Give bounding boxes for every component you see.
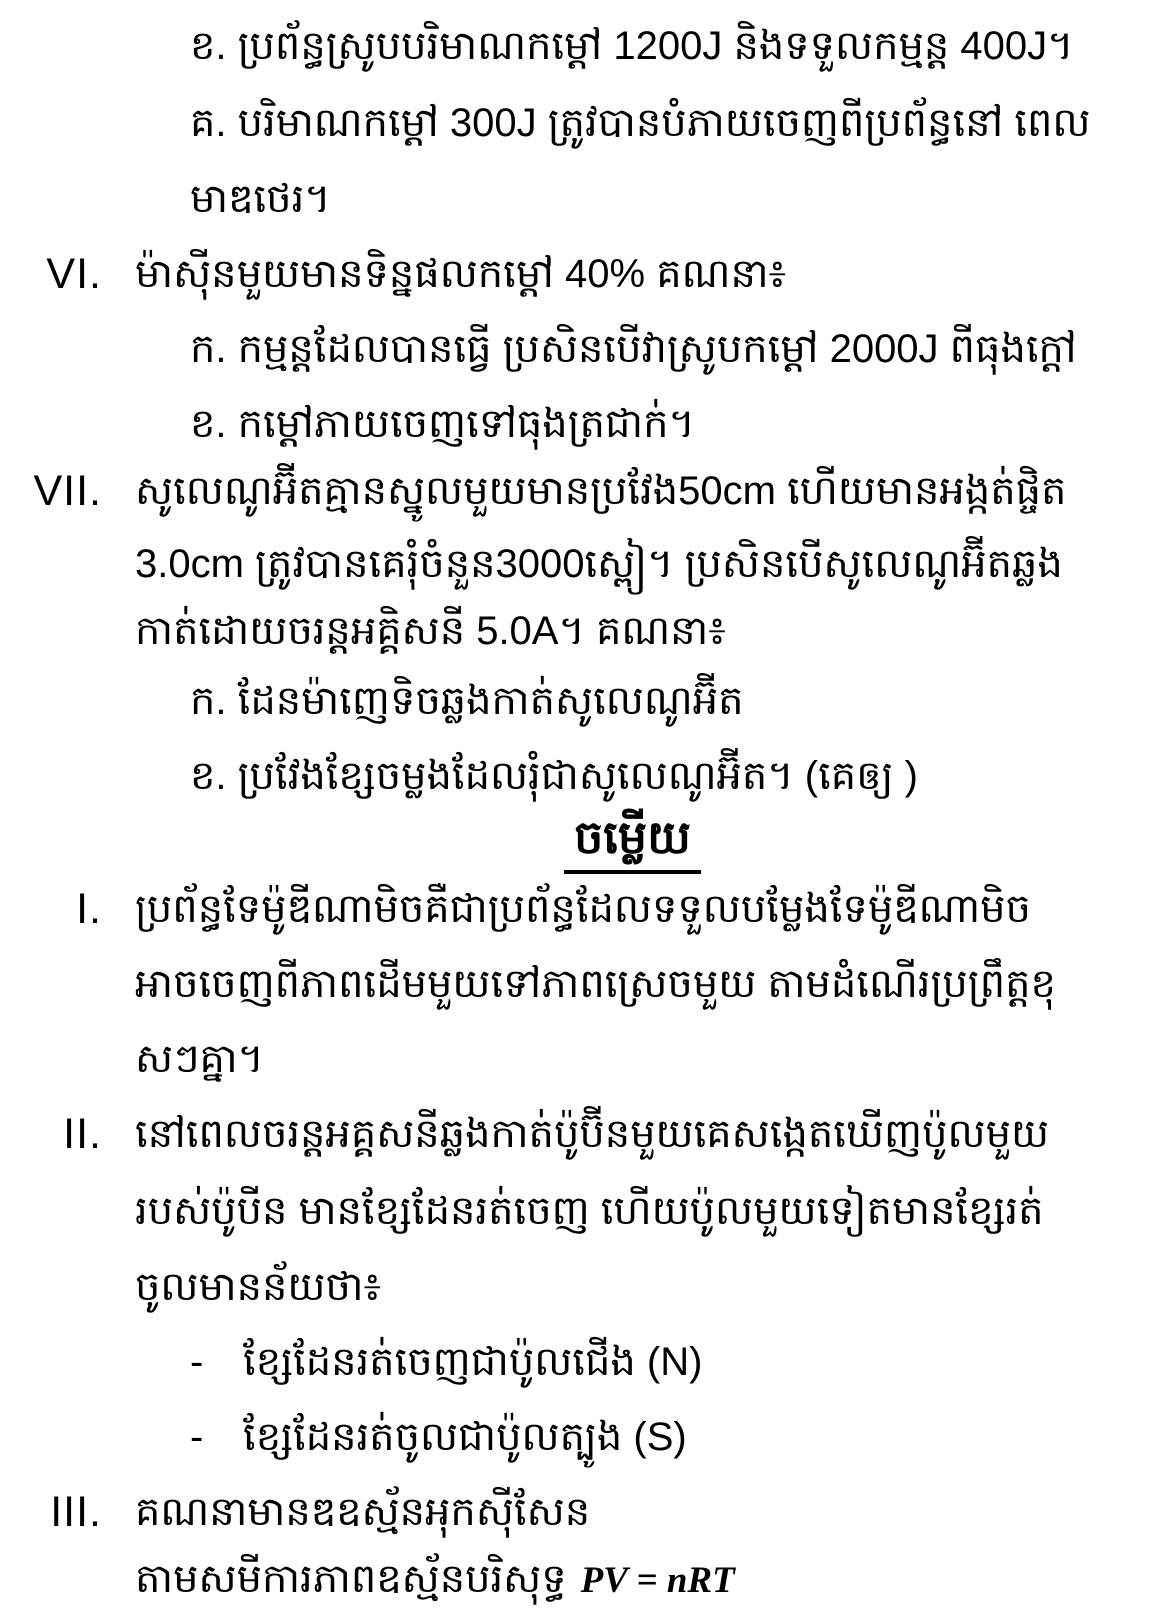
line-text: តាមសមីការភាពឧស្ម័នបរិសុទ្ធ bbox=[135, 1557, 567, 1601]
line-text: សូលេណូអ៊ីតគ្មានស្នូលមួយមានប្រវែង50cm ហើយ… bbox=[135, 469, 1066, 513]
answer-item-iii: III.គណនាមានឌឧស្ម័នអុកស៊ីសែន bbox=[0, 1481, 1156, 1543]
line-text: ខ្សែដែនរត់ចូលជាប៉ូលត្បូង (S) bbox=[243, 1415, 687, 1459]
line-text: ក. ដែនម៉ាញេទិចឆ្លងកាត់សូលេណូអ៊ីត bbox=[190, 679, 743, 723]
item-numeral: VII. bbox=[0, 460, 102, 522]
question-wrap-line: កាត់ដោយចរន្តអគ្គិសនី 5.0A។ គណនា៖ bbox=[135, 600, 1156, 662]
line-text: កាត់ដោយចរន្តអគ្គិសនី 5.0A។ គណនា៖ bbox=[135, 609, 726, 653]
item-numeral: I. bbox=[0, 878, 102, 940]
bullet-item-north-pole: -ខ្សែដែនរត់ចេញជាប៉ូលជើង (N) bbox=[190, 1331, 1156, 1393]
question-sub-item: គ. បរិមាណកម្ដៅ 300J ត្រូវបានបំភាយចេញពីប្… bbox=[190, 92, 1156, 154]
line-text: នៅពេលចរន្តអគ្គសនីឆ្លងកាត់ប៉ូប៊ីនមួយគេសង្… bbox=[135, 1112, 1049, 1156]
document-page: ខ. ប្រព័ន្ធស្រូបបរិមាណកម្ដៅ 1200J និងទទួ… bbox=[0, 0, 1166, 1613]
question-item-vi: VI.ម៉ាស៊ីនមួយមានទិន្នផលកម្ដៅ 40% គណនា៖ bbox=[0, 243, 1156, 305]
answers-heading: ចម្លើយ bbox=[135, 806, 1130, 874]
line-text: អាចចេញពីភាពដើមមួយទៅភាពស្រេចមួយ តាមដំណើរប… bbox=[135, 962, 1056, 1006]
question-sub-item: ខ. ប្រវែងខ្សែចម្លងដែលរុំជាសូលេណូអ៊ីត។ (គ… bbox=[190, 745, 1156, 807]
line-text: ខ្សែដែនរត់ចេញជាប៉ូលជើង (N) bbox=[243, 1340, 702, 1384]
line-text: គ. បរិមាណកម្ដៅ 300J ត្រូវបានបំភាយចេញពីប្… bbox=[190, 101, 1091, 145]
item-numeral: III. bbox=[0, 1481, 102, 1543]
item-numeral: VI. bbox=[0, 243, 102, 305]
question-sub-item: ខ. កម្ដៅភាយចេញទៅធុងត្រជាក់។ bbox=[190, 393, 1156, 455]
bullet-dash: - bbox=[190, 1331, 243, 1393]
question-wrap-line: 3.0cm ត្រូវបានគេរុំចំនួន3000ស្ពៀ។ ប្រសិន… bbox=[135, 533, 1156, 595]
question-sub-item: ខ. ប្រព័ន្ធស្រូបបរិមាណកម្ដៅ 1200J និងទទួ… bbox=[190, 15, 1156, 77]
question-sub-item: ក. ដែនម៉ាញេទិចឆ្លងកាត់សូលេណូអ៊ីត bbox=[190, 670, 1156, 732]
bullet-item-south-pole: -ខ្សែដែនរត់ចូលជាប៉ូលត្បូង (S) bbox=[190, 1406, 1156, 1468]
line-text: ម៉ាស៊ីនមួយមានទិន្នផលកម្ដៅ 40% គណនា៖ bbox=[135, 252, 786, 296]
line-text: ខ. កម្ដៅភាយចេញទៅធុងត្រជាក់។ bbox=[190, 402, 695, 446]
answer-item-ii: II.នៅពេលចរន្តអគ្គសនីឆ្លងកាត់ប៉ូប៊ីនមួយគេ… bbox=[0, 1103, 1156, 1165]
answer-wrap-line: សៗគ្នា។ bbox=[135, 1028, 1156, 1090]
answer-wrap-line: ចូលមានន័យថា៖ bbox=[135, 1256, 1156, 1318]
answer-wrap-line: របស់ប៉ូបីន មានខ្សែដែនរត់ចេញ ហើយប៉ូលមួយទៀ… bbox=[135, 1180, 1156, 1242]
question-sub-item: ក. កម្មន្តដែលបានធ្វើ ប្រសិនបើវាស្រូបកម្ដ… bbox=[190, 318, 1156, 380]
answer-wrap-line: តាមសមីការភាពឧស្ម័នបរិសុទ្ធPV = nRT bbox=[135, 1548, 1156, 1612]
answers-heading-text: ចម្លើយ bbox=[564, 806, 701, 874]
line-text: ប្រព័ន្ធទែម៉ូឌីណាមិចគឺជាប្រព័ន្ធដែលទទួលប… bbox=[135, 887, 1031, 931]
ideal-gas-equation: PV = nRT bbox=[581, 1560, 735, 1601]
line-text: គណនាមានឌឧស្ម័នអុកស៊ីសែន bbox=[135, 1490, 590, 1534]
bullet-dash: - bbox=[190, 1406, 243, 1468]
line-text: ខ. ប្រព័ន្ធស្រូបបរិមាណកម្ដៅ 1200J និងទទួ… bbox=[190, 24, 1074, 68]
line-text: ក. កម្មន្តដែលបានធ្វើ ប្រសិនបើវាស្រូបកម្ដ… bbox=[190, 327, 1077, 371]
line-text: ចូលមានន័យថា៖ bbox=[135, 1265, 381, 1309]
line-text: របស់ប៉ូបីន មានខ្សែដែនរត់ចេញ ហើយប៉ូលមួយទៀ… bbox=[135, 1189, 1044, 1233]
answer-wrap-line: អាចចេញពីភាពដើមមួយទៅភាពស្រេចមួយ តាមដំណើរប… bbox=[135, 953, 1156, 1015]
line-text: 3.0cm ត្រូវបានគេរុំចំនួន3000ស្ពៀ។ ប្រសិន… bbox=[135, 542, 1063, 586]
line-text: ខ. ប្រវែងខ្សែចម្លងដែលរុំជាសូលេណូអ៊ីត។ (គ… bbox=[190, 754, 918, 798]
question-item-vii: VII.សូលេណូអ៊ីតគ្មានស្នូលមួយមានប្រវែង50cm… bbox=[0, 460, 1156, 522]
answer-item-i: I.ប្រព័ន្ធទែម៉ូឌីណាមិចគឺជាប្រព័ន្ធដែលទទួ… bbox=[0, 878, 1156, 940]
line-text: សៗគ្នា។ bbox=[135, 1037, 264, 1081]
line-text: មាឌថេរ។ bbox=[190, 177, 331, 221]
question-sub-item-wrap: មាឌថេរ។ bbox=[190, 168, 1156, 230]
item-numeral: II. bbox=[0, 1103, 102, 1165]
